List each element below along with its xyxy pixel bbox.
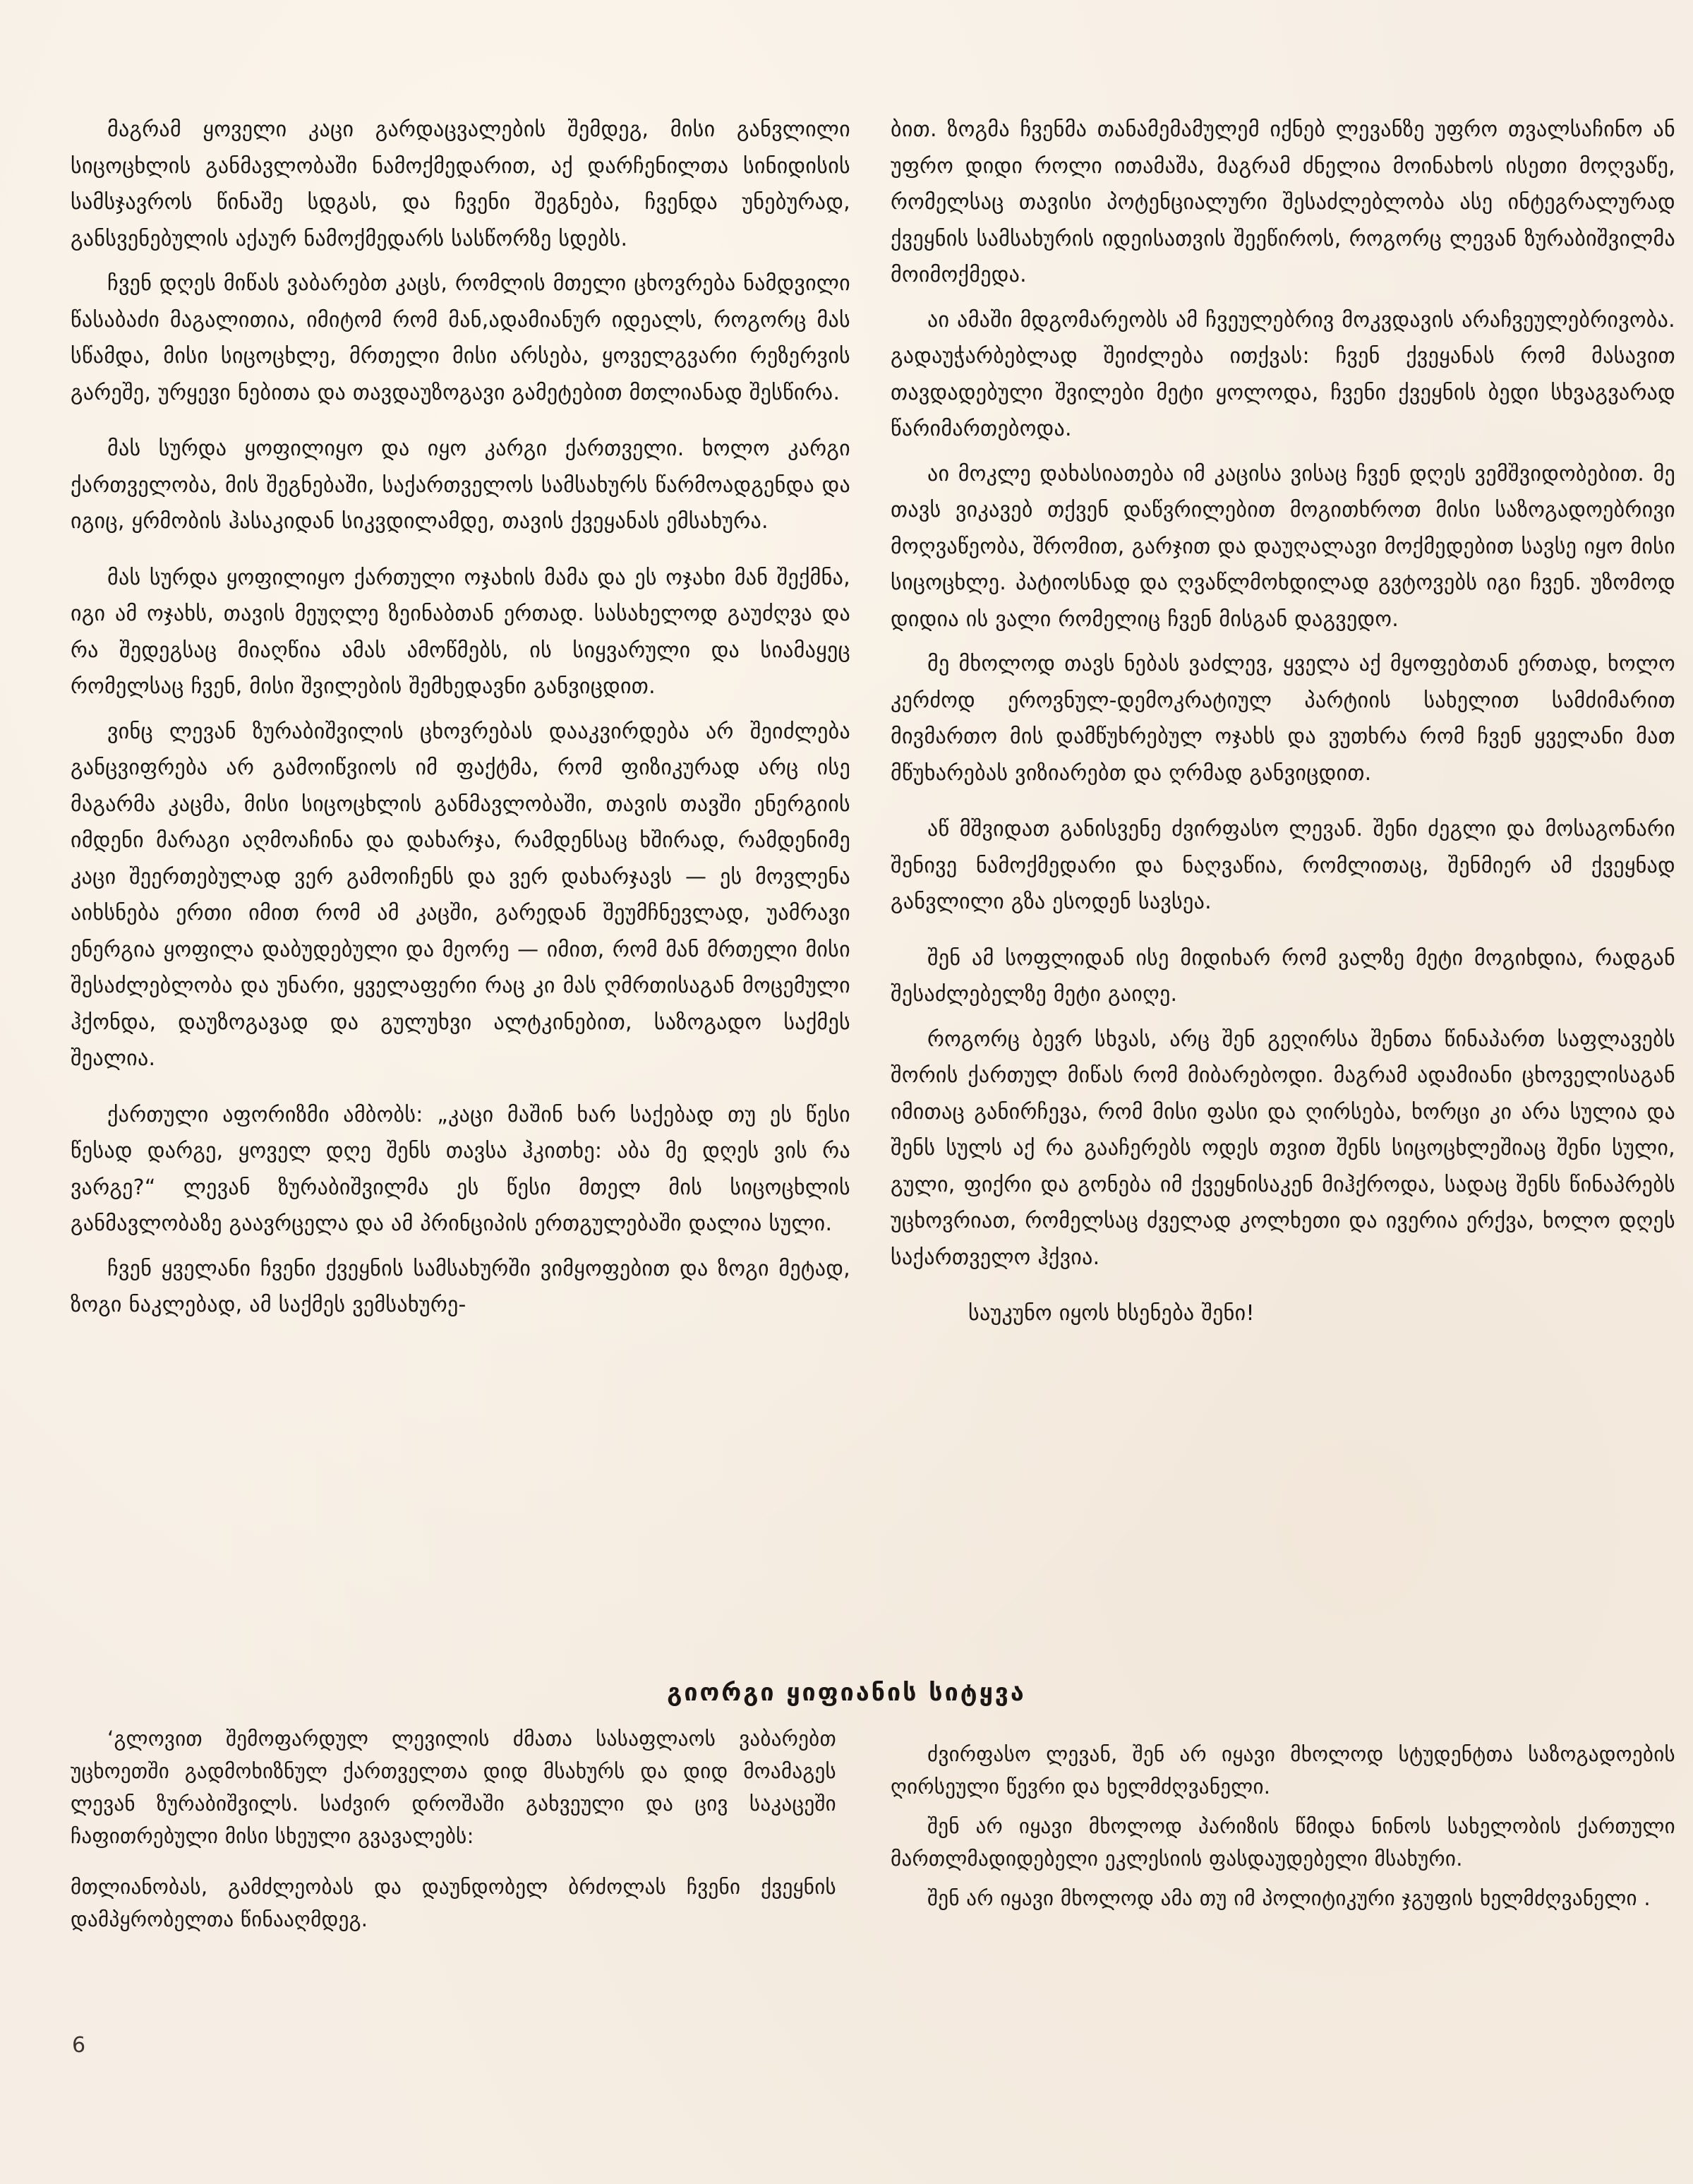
paragraph: შენ ამ სოფლიდან ისე მიდიხარ რომ ვალზე მე… [891,940,1675,1013]
paragraph: როგორც ბევრ სხვას, არც შენ გეღირსა შენთა… [891,1021,1675,1276]
paragraph: შენ არ იყავი მხოლოდ პარიზის წმიდა ნინოს … [891,1810,1675,1875]
paragraph-continued: ბით. ზოგმა ჩვენმა თანამემამულემ იქნებ ლე… [891,112,1675,294]
paragraph: აი მოკლე დახასიათება იმ კაცისა ვისაც ჩვე… [891,456,1675,638]
paragraph: ვინც ლევან ზურაბიშვილის ცხოვრებას დააკვი… [71,714,850,1077]
paragraph: შენ არ იყავი მხოლოდ ამა თუ იმ პოლიტიკური… [891,1882,1675,1914]
paragraph: აი ამაში მდგომარეობს ამ ჩვეულებრივ მოკვდ… [891,302,1675,448]
section-heading: გიორგი ყიფიანის სიტყვა [0,1679,1693,1707]
bottom-right-column: ძვირფასო ლევან, შენ არ იყავი მხოლოდ სტუდ… [891,1738,1675,1921]
paragraph: აწ მშვიდათ განისვენე ძვირფასო ლევან. შენ… [891,811,1675,920]
paragraph: ჩვენ ყველანი ჩვენი ქვეყნის სამსახურში ვი… [71,1251,850,1324]
scanned-page: მაგრამ ყოველი კაცი გარდაცვალების შემდეგ,… [0,0,1693,2184]
paragraph: ჩვენ დღეს მიწას ვაბარებთ კაცს, რომლის მთ… [71,265,850,411]
closing-line: საუკუნო იყოს ხსენება შენი! [891,1295,1675,1332]
paragraph: მთლიანობას, გამძლეობას და დაუნდობელ ბრძო… [71,1871,836,1936]
page-number: 6 [72,2033,85,2058]
top-right-column: ბით. ზოგმა ჩვენმა თანამემამულემ იქნებ ლე… [891,112,1675,1340]
bottom-left-column: ‘გლოვით შემოფარდულ ლევილის ძმათა სასაფლა… [71,1722,836,1943]
paragraph: მე მხოლოდ თავს ნებას ვაძლევ, ყველა აქ მყ… [891,646,1675,791]
paragraph: ძვირფასო ლევან, შენ არ იყავი მხოლოდ სტუდ… [891,1738,1675,1803]
paragraph: ქართული აფორიზმი ამბობს: „კაცი მაშინ ხარ… [71,1097,850,1242]
paragraph: ‘გლოვით შემოფარდულ ლევილის ძმათა სასაფლა… [71,1722,836,1852]
paragraph: მას სურდა ყოფილიყო და იყო კარგი ქართველი… [71,431,850,540]
paragraph: მას სურდა ყოფილიყო ქართული ოჯახის მამა დ… [71,560,850,705]
top-left-column: მაგრამ ყოველი კაცი გარდაცვალების შემდეგ,… [71,112,850,1332]
paragraph: მაგრამ ყოველი კაცი გარდაცვალების შემდეგ,… [71,112,850,257]
